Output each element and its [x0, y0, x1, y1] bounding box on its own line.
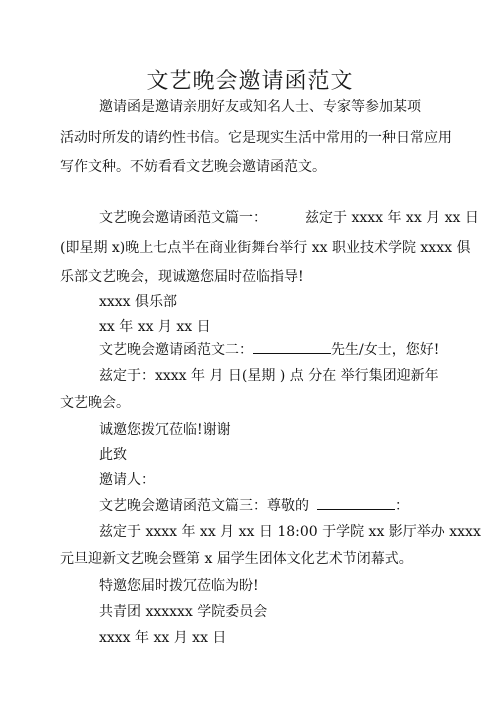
sample1-line-2: (即星期 x)晚上七点半在商业街舞台举行 xx 职业技术学院 xxxx 俱 — [60, 239, 440, 257]
sample1-line-1: 文艺晚会邀请函范文篇一：兹定于 xxxx 年 xx 月 xx 日 — [99, 209, 439, 227]
sample2-line-1: 文艺晚会邀请函范文二：先生/女士，您好! — [99, 341, 439, 359]
intro-line-1: 邀请函是邀请亲朋好友或知名人士、专家等参加某项 — [99, 98, 439, 116]
sample2-line-4: 诚邀您拨冗莅临!谢谢 — [99, 421, 439, 439]
sample2-line-6: 邀请人： — [99, 471, 439, 489]
sample3-date: xxxx 年 xx 月 xx 日 — [99, 629, 439, 647]
sample1-line-3: 乐部文艺晚会，现诚邀您届时莅临指导! — [60, 268, 440, 286]
sample3-heading: 文艺晚会邀请函范文篇三：尊敬的 — [99, 498, 309, 514]
sample1-signer: xxxx 俱乐部 — [99, 293, 439, 311]
sample3-line-1: 文艺晚会邀请函范文篇三：尊敬的： — [99, 497, 439, 515]
sample2-line-3: 文艺晚会。 — [60, 394, 440, 412]
sample3-line-2: 兹定于 xxxx 年 xx 月 xx 日 18:00 于学院 xx 影厅举办 x… — [99, 523, 439, 541]
recipient-blank — [317, 497, 395, 510]
sample2-greeting: 先生/女士，您好! — [331, 342, 439, 358]
sample1-heading: 文艺晚会邀请函范文篇一： — [99, 210, 267, 226]
colon: ： — [395, 498, 409, 514]
document-title: 文艺晚会邀请函范文 — [0, 64, 500, 95]
intro-line-3: 写作文种。不妨看看文艺晚会邀请函范文。 — [60, 158, 440, 176]
intro-line-2: 活动时所发的请约性书信。它是现实生活中常用的一种日常应用 — [60, 129, 440, 147]
sample1-date: xx 年 xx 月 xx 日 — [99, 318, 439, 336]
sample2-line-2: 兹定于：xxxx 年 月 日(星期 ) 点 分在 举行集团迎新年 — [99, 367, 439, 385]
sample3-signer: 共青团 xxxxxx 学院委员会 — [99, 603, 439, 621]
name-blank — [253, 341, 331, 354]
sample2-line-5: 此致 — [99, 446, 439, 464]
sample2-heading: 文艺晚会邀请函范文二： — [99, 342, 253, 358]
sample3-line-3: 元旦迎新文艺晚会暨第 x 届学生团体文化艺术节闭幕式。 — [60, 550, 440, 568]
sample3-line-4: 特邀您届时拨冗莅临为盼! — [99, 577, 439, 595]
sample1-date-text: 兹定于 xxxx 年 xx 月 xx 日 — [305, 210, 479, 226]
